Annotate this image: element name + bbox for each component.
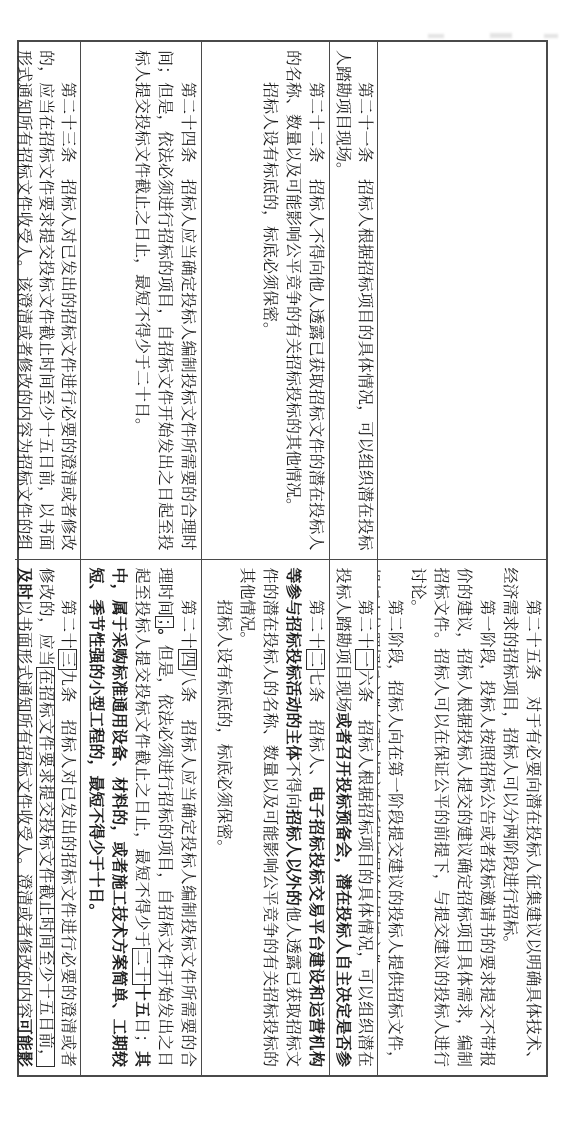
added-text: 招标人以外的 [284, 809, 301, 906]
text-run: 七条 招标人、 [307, 670, 324, 786]
deleted-text-box: 二十 [132, 948, 151, 985]
deleted-text-box: ； [155, 616, 174, 628]
paragraph: 第二十一六条 招标人根据招标项目的具体情况，可以组织潜在投标人踏勘项目现场或者召… [330, 568, 375, 1068]
text-run: 第二十二条 招标人不得向他人透露已获取招标文件的潜在投标人的名称、数量以及可能影… [284, 50, 324, 551]
text-run: 不得向 [284, 761, 301, 809]
added-text: 十五 [133, 985, 150, 1018]
added-text: 。 [156, 628, 173, 645]
table-row-article-25: 第二十五条 对于有必要向潜在投标人征集建议以明确具体技术、经济需求的招标项目，招… [378, 42, 546, 1075]
text-run: 日； [133, 1018, 150, 1051]
text-run: 第二十四条 招标人应当确定投标人编制投标文件所需要的合理时间；但是，依法必须进行… [133, 50, 196, 551]
paragraph: 第二十三九条 招标人对已发出的招标文件进行必要的澄清或者修改的，应当在招标文件要… [15, 568, 78, 1068]
text-run: 第二十一条 招标人根据招标项目的具体情况，可以组织潜在投标人踏勘项目现场。 [334, 50, 373, 551]
cell-article-23-vs-29-new: 第二十三九条 招标人对已发出的招标文件进行必要的澄清或者修改的，应当在招标文件要… [15, 559, 80, 1076]
paragraph: 第二十五条 对于有必要向潜在投标人征集建议以明确具体技术、经济需求的招标项目，招… [498, 568, 544, 1068]
paragraph: 招标人设有标底的，标底必须保密。 [258, 50, 281, 551]
paragraph: 第二十一条 招标人根据招标项目的具体情况，可以组织潜在投标人踏勘项目现场。 [331, 50, 375, 551]
scan-artifact [544, 34, 558, 38]
text-run: 第一阶段，投标人按照招标公告或者投标邀请书的要求提交不带报价的建议，招标人根据投… [409, 568, 495, 1068]
table-row-article-23-vs-29: 第二十三条 招标人对已发出的招标文件进行必要的澄清或者修改的，应当在招标文件要求… [15, 42, 81, 1075]
comparison-table: 第二十五条 对于有必要向潜在投标人征集建议以明确具体技术、经济需求的招标项目，招… [17, 40, 548, 1077]
paragraph: 第二十二条 招标人不得向他人透露已获取招标文件的潜在投标人的名称、数量以及可能影… [281, 50, 327, 551]
cell-article-25-old [378, 42, 546, 559]
screenshot-viewport: 第二十五条 对于有必要向潜在投标人征集建议以明确具体技术、经济需求的招标项目，招… [0, 0, 574, 1122]
added-text: 及时 [15, 568, 32, 600]
cell-article-21-vs-26-old: 第二十一条 招标人根据招标项目的具体情况，可以组织潜在投标人踏勘项目现场。 [330, 42, 377, 559]
cell-article-25-new: 第二十五条 对于有必要向潜在投标人征集建议以明确具体技术、经济需求的招标项目，招… [378, 559, 546, 1076]
text-run: 以书面形式通知所有招标文件收受人。澄清或者修改的内容 [15, 600, 32, 1019]
table-row-article-22-vs-27: 第二十二条 招标人不得向他人透露已获取招标文件的潜在投标人的名称、数量以及可能影… [202, 42, 330, 1075]
text-run: 第二十 [179, 600, 196, 650]
paragraph: 第二十四八条 招标人应当确定投标人编制投标文件所需要的合理时间；。但是，依法必须… [84, 568, 199, 1068]
text-run: 第二十 [307, 600, 324, 650]
deleted-text-box: 四 [178, 649, 197, 670]
scan-artifact [428, 34, 444, 38]
cell-article-22-vs-27-old: 第二十二条 招标人不得向他人透露已获取招标文件的潜在投标人的名称、数量以及可能影… [202, 42, 329, 559]
paragraph: 第二十二七条 招标人、电子招标投标交易平台建设和运营机构等参与招标投标活动的主体… [235, 568, 327, 1068]
paragraph: 第二十三条 招标人对已发出的招标文件进行必要的澄清或者修改的，应当在招标文件要求… [15, 50, 78, 551]
paragraph: 招标人设有标底的，标底必须保密。 [212, 568, 235, 1068]
cell-article-22-vs-27-new: 第二十二七条 招标人、电子招标投标交易平台建设和运营机构等参与招标投标活动的主体… [202, 559, 329, 1076]
cell-article-24-vs-28-old: 第二十四条 招标人应当确定投标人编制投标文件所需要的合理时间；但是，依法必须进行… [81, 42, 201, 559]
deleted-text-box: 一 [355, 649, 374, 670]
table-row-article-24-vs-28: 第二十四条 招标人应当确定投标人编制投标文件所需要的合理时间；但是，依法必须进行… [81, 42, 202, 1075]
deleted-text-box: 在招标文件要求提交投标文件截止时间至少十五日前， [36, 667, 55, 1067]
paragraph: 第二阶段，招标人向在第一阶段提交建议的投标人提供招标文件，投标人按照招标文件的要… [378, 568, 406, 1068]
deleted-text-box: 三 [58, 649, 77, 670]
table-row-article-21-vs-26: 第二十一条 招标人根据招标项目的具体情况，可以组织潜在投标人踏勘项目现场。第二十… [330, 42, 378, 1075]
deleted-text-box: 二 [306, 649, 325, 670]
text-run: 第二阶段，招标人向在第一阶段提交建议的投标人提供招标文件，投标人按照招标文件的要… [378, 568, 403, 1068]
cell-article-24-vs-28-new: 第二十四八条 招标人应当确定投标人编制投标文件所需要的合理时间；。但是，依法必须… [81, 559, 201, 1076]
scan-artifact [490, 33, 512, 38]
text-run: 第二十五条 对于有必要向潜在投标人征集建议以明确具体技术、经济需求的招标项目，招… [501, 568, 541, 1068]
text-run: 招标人设有标底的，标底必须保密。 [215, 600, 232, 856]
cell-article-21-vs-26-new: 第二十一六条 招标人根据招标项目的具体情况，可以组织潜在投标人踏勘项目现场或者召… [330, 559, 377, 1076]
text-run: 招标人设有标底的，标底必须保密。 [261, 82, 278, 338]
text-run: 第二十 [356, 600, 373, 650]
paragraph: 第一阶段，投标人按照招标公告或者投标邀请书的要求提交不带报价的建议，招标人根据投… [406, 568, 498, 1068]
rotated-document-page: 第二十五条 对于有必要向潜在投标人征集建议以明确具体技术、经济需求的招标项目，招… [0, 0, 574, 1122]
cell-article-23-vs-29-old: 第二十三条 招标人对已发出的招标文件进行必要的澄清或者修改的，应当在招标文件要求… [15, 42, 80, 559]
text-run: 第二十三条 招标人对已发出的招标文件进行必要的澄清或者修改的，应当在招标文件要求… [15, 50, 76, 551]
paragraph: 第二十四条 招标人应当确定投标人编制投标文件所需要的合理时间；但是，依法必须进行… [130, 50, 199, 551]
text-run: 第二十 [59, 600, 76, 650]
